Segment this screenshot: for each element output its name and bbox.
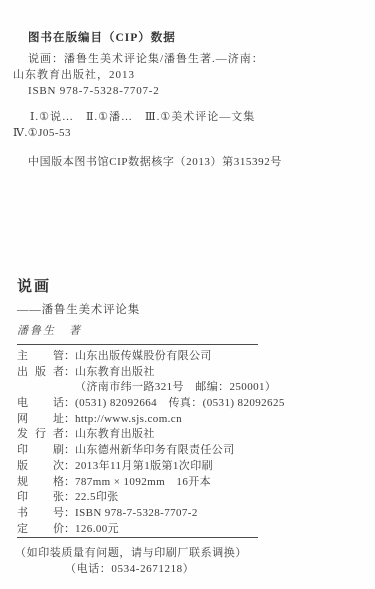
pub-row-colon: ： (64, 349, 75, 365)
pub-row-label: 网址 (17, 412, 64, 428)
pub-row-colon: ： (64, 490, 75, 506)
reprint-notice: （如印装质量有问题，请与印刷厂联系调换） (15, 546, 247, 560)
pub-row-publisher-address: （济南市纬一路321号 邮编：250001） (17, 380, 362, 396)
pub-row-distributor: 发行者：山东教育出版社 (17, 427, 362, 443)
pub-row-label: 发行者 (17, 427, 64, 443)
pub-row-publisher: 出版者：山东教育出版社 (17, 365, 362, 381)
publication-info-block: 主管：山东出版传媒股份有限公司 出版者：山东教育出版社 （济南市纬一路321号 … (17, 349, 362, 537)
copyright-page: 图书在版编目（CIP）数据 说画：潘鲁生美术评论集/潘鲁生著.—济南： 山东教育… (0, 0, 375, 589)
pub-row-label: 出版者 (17, 365, 64, 381)
pub-row-colon: ： (64, 475, 75, 491)
pub-row-supervisor: 主管：山东出版传媒股份有限公司 (17, 349, 362, 365)
pub-row-value: 22.5印张 (75, 490, 119, 506)
pub-row-value: http://www.sjs.com.cn (75, 412, 182, 428)
pub-row-value: 787mm × 1092mm 16开本 (75, 475, 211, 491)
pub-row-printer: 印刷：山东德州新华印务有限责任公司 (17, 443, 362, 459)
pub-row-value: 山东教育出版社 (75, 427, 155, 443)
pub-row-label: 定价 (17, 522, 64, 538)
cip-registration-number: 中国版本图书馆CIP数据核字（2013）第315392号 (28, 155, 282, 169)
cip-bibliographic-line-1: 说画：潘鲁生美术评论集/潘鲁生著.—济南： (28, 52, 264, 66)
pub-row-telephone: 电话：(0531) 82092664 传真：(0531) 82092625 (17, 396, 362, 412)
pub-row-label: 印刷 (17, 443, 64, 459)
pub-row-label: 版次 (17, 459, 64, 475)
reprint-notice-phone: （电话：0534-2671218） (65, 562, 194, 576)
pub-row-isbn: 书号：ISBN 978-7-5328-7707-2 (17, 506, 362, 522)
pub-row-colon: ： (64, 412, 75, 428)
pub-row-value: 山东德州新华印务有限责任公司 (75, 443, 235, 459)
cip-header: 图书在版编目（CIP）数据 (28, 31, 176, 45)
pub-row-value: (0531) 82092664 传真：(0531) 82092625 (75, 396, 285, 412)
pub-row-price: 定价：126.00元 (17, 522, 362, 538)
pub-row-value: 山东教育出版社 (75, 365, 155, 381)
book-subtitle: ——潘鲁生美术评论集 (17, 303, 140, 317)
pub-row-format: 规格：787mm × 1092mm 16开本 (17, 475, 362, 491)
pub-row-value: 山东出版传媒股份有限公司 (75, 349, 212, 365)
pub-row-label: 电话 (17, 396, 64, 412)
pub-row-value: 126.00元 (75, 522, 119, 538)
pub-row-colon: ： (64, 427, 75, 443)
book-title: 说画 (17, 280, 51, 294)
pub-row-colon: ： (64, 459, 75, 475)
pub-row-colon: ： (64, 522, 75, 538)
pub-row-label: 书号 (17, 506, 64, 522)
divider-top (17, 344, 258, 345)
pub-row-edition: 版次：2013年11月第1版第1次印刷 (17, 459, 362, 475)
pub-row-label: 印张 (17, 490, 64, 506)
cip-classification-line-2: Ⅳ.①J05-53 (13, 126, 71, 140)
pub-row-website: 网址：http://www.sjs.com.cn (17, 412, 362, 428)
pub-row-label: 规格 (17, 475, 64, 491)
divider-bottom (17, 537, 258, 538)
pub-row-label: 主管 (17, 349, 64, 365)
book-author: 潘鲁生 著 (17, 324, 82, 338)
pub-row-value: （济南市纬一路321号 邮编：250001） (75, 380, 276, 396)
pub-row-sheets: 印张：22.5印张 (17, 490, 362, 506)
pub-row-value: 2013年11月第1版第1次印刷 (75, 459, 213, 475)
cip-isbn-line: ISBN 978-7-5328-7707-2 (28, 84, 160, 98)
pub-row-colon: ： (64, 506, 75, 522)
pub-row-colon: ： (64, 365, 75, 381)
cip-bibliographic-line-2: 山东教育出版社，2013 (13, 68, 135, 82)
pub-row-value: ISBN 978-7-5328-7707-2 (75, 506, 198, 522)
pub-row-colon: ： (64, 396, 75, 412)
pub-row-colon: ： (64, 443, 75, 459)
cip-classification-line-1: Ⅰ.①说… Ⅱ.①潘… Ⅲ.①美术评论—文集 (30, 110, 255, 124)
